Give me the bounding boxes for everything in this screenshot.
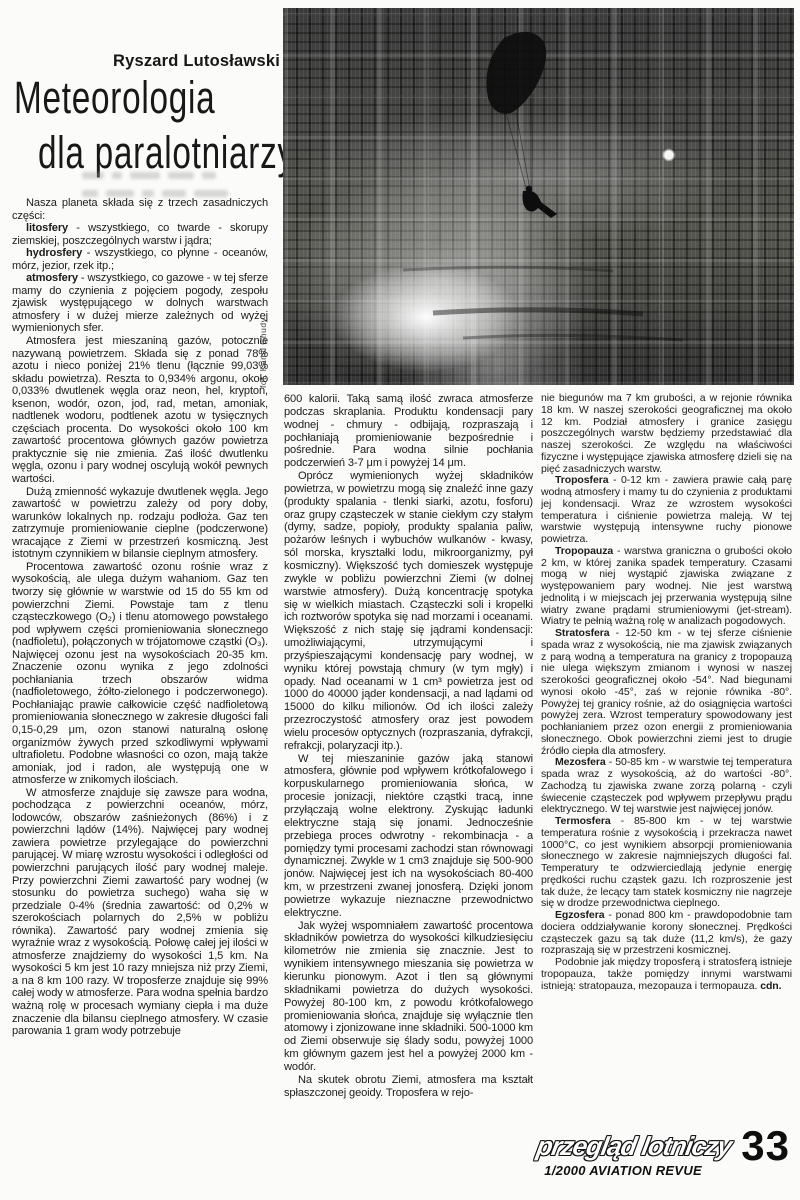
paragraph: Stratosfera - 12-50 km - w tej sferze ci… [541, 628, 792, 757]
paraglider-photo [283, 8, 794, 385]
paragraph: atmosfery - wszystkiego, co gazowe - w t… [12, 272, 268, 335]
paragraph: Mezosfera - 50-85 km - w warstwie tej te… [541, 757, 792, 816]
paragraph: Troposfera - 0-12 km - zawiera prawie ca… [541, 475, 792, 546]
magazine-logo: przegląd lotniczy [535, 1131, 734, 1162]
paragraph: Termosfera - 85-800 km - w tej warstwie … [541, 816, 792, 910]
paragraph: Tropopauza - warstwa graniczna o grubośc… [541, 546, 792, 628]
paragraph: Atmosfera jest mieszaniną gazów, potoczn… [12, 335, 268, 486]
paraglider-silhouette [283, 8, 794, 385]
paragraph: Oprócz wymienionych wyżej składników pow… [284, 470, 533, 753]
paragraph: Jak wyżej wspomniałem zawartość procento… [284, 920, 533, 1074]
page-footer: przegląd lotniczy33 1/2000 AVIATION REVU… [490, 1126, 790, 1178]
title-line-1: Meteorologia [14, 70, 289, 125]
paragraph: Nasza planeta składa się z trzech zasadn… [12, 197, 268, 222]
paragraph: 600 kalorii. Taką samą ilość zwraca atmo… [284, 393, 533, 470]
paragraph: Podobnie jak między troposferą i stratos… [541, 957, 792, 992]
article-column-3: nie biegunów ma 7 km grubości, a w rejon… [541, 393, 792, 992]
paragraph: litosfery - wszystkiego, co twarde - sko… [12, 222, 268, 247]
paragraph: Procentowa zawartość ozonu rośnie wraz z… [12, 561, 268, 787]
paragraph: W tej mieszaninie gazów jaką stanowi atm… [284, 753, 533, 920]
paragraph: W atmosferze znajduje się zawsze para wo… [12, 787, 268, 1038]
paragraph: nie biegunów ma 7 km grubości, a w rejon… [541, 393, 792, 475]
paragraph: Egzosfera - ponad 800 km - prawdopodobni… [541, 910, 792, 957]
paragraph: Na skutek obrotu Ziemi, atmosfera ma ksz… [284, 1074, 533, 1100]
magazine-page: Ryszard Lutosławski Meteorologiadla para… [0, 0, 800, 1200]
article-column-1: Nasza planeta składa się z trzech zasadn… [12, 197, 268, 1038]
page-number: 33 [741, 1126, 790, 1166]
paragraph: hydrosfery - wszystkiego, co płynne - oc… [12, 247, 268, 272]
paragraph: Dużą zmienność wykazuje dwutlenek węgla.… [12, 486, 268, 561]
author-byline: Ryszard Lutosławski [0, 52, 280, 71]
article-column-2: 600 kalorii. Taką samą ilość zwraca atmo… [284, 393, 533, 1099]
